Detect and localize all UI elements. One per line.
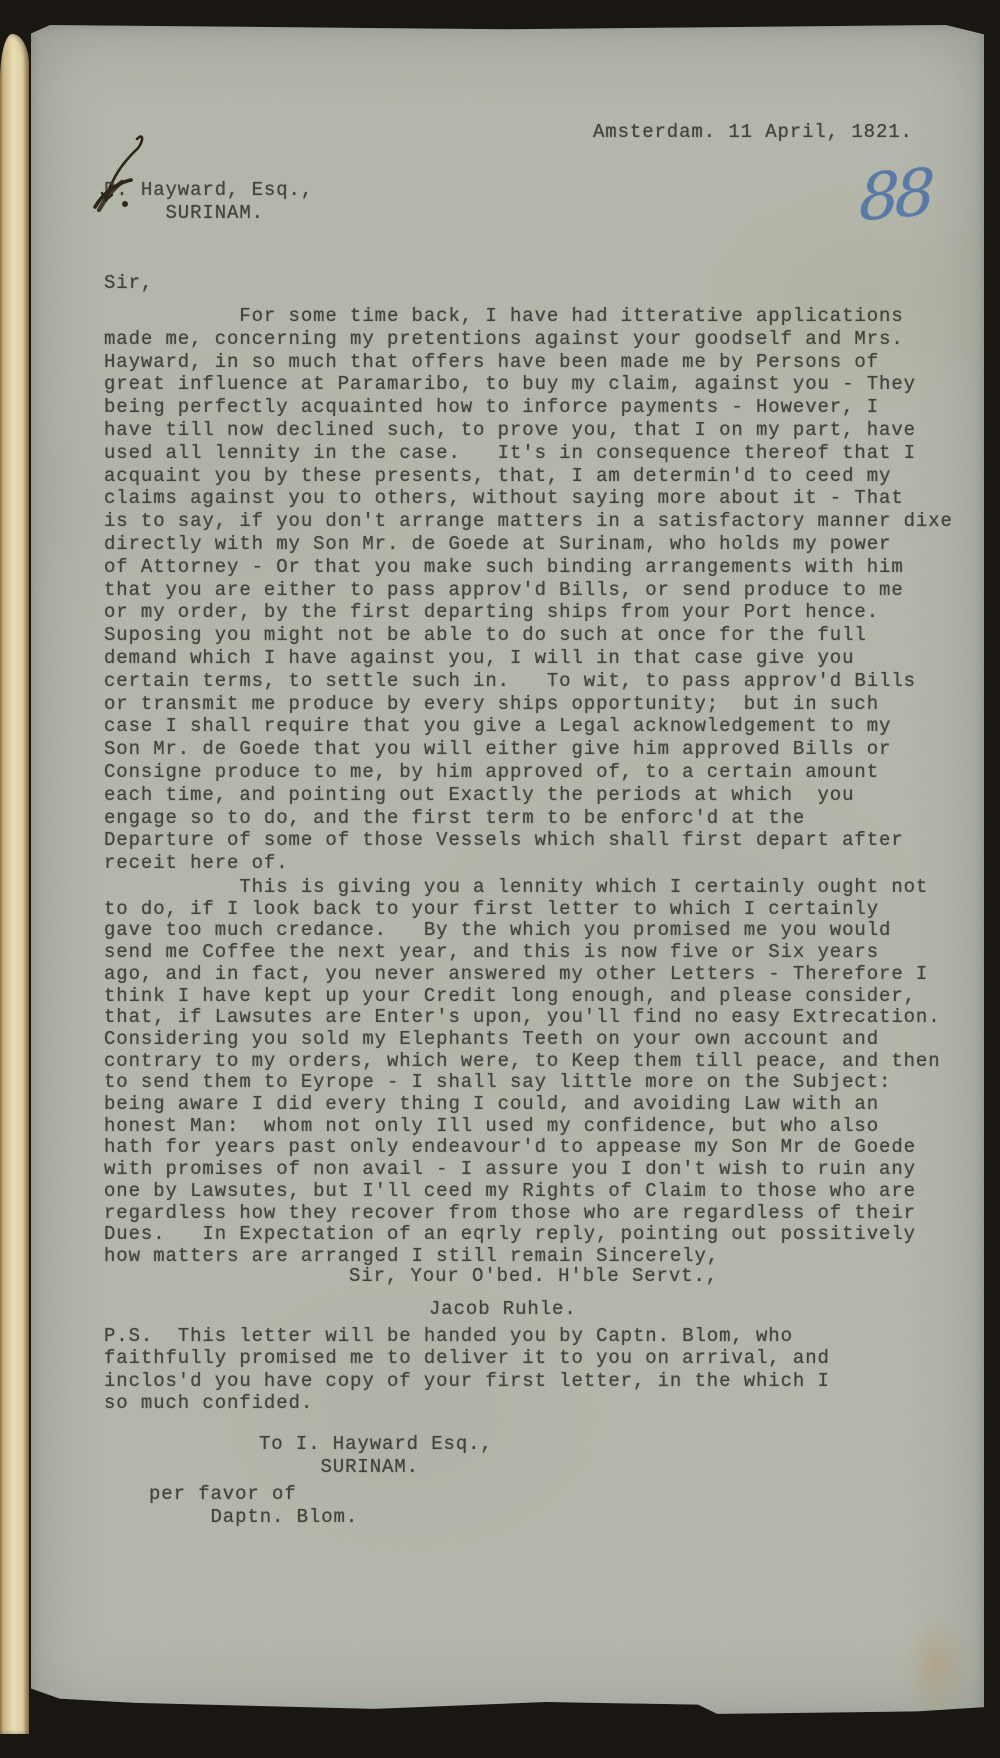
- body-paragraph-1: For some time back, I have had itterativ…: [104, 305, 953, 875]
- postscript: P.S. This letter will be handed you by C…: [104, 1325, 830, 1415]
- book-fore-edge: [0, 34, 29, 1734]
- handwritten-folio-number: 88: [858, 156, 930, 237]
- closing-servant-line: Sir, Your O'bed. H'ble Servt.,: [349, 1265, 718, 1287]
- salutation: Sir,: [104, 272, 153, 294]
- carrier-block: per favor of Daptn. Blom.: [149, 1483, 358, 1529]
- paper-stain: [905, 1617, 967, 1715]
- letter-page: Amsterdam. 11 April, 1821. 88 P. Hayward…: [31, 25, 984, 1719]
- ink-scribble-over-initial: [89, 173, 137, 215]
- dateline: Amsterdam. 11 April, 1821.: [593, 121, 913, 143]
- body-paragraph-2: This is giving you a lennity which I cer…: [104, 877, 941, 1268]
- signature: Jacob Ruhle.: [429, 1298, 577, 1320]
- photo-background: Amsterdam. 11 April, 1821. 88 P. Hayward…: [0, 0, 1000, 1758]
- outer-address-block: To I. Hayward Esq., SURINAM.: [259, 1433, 493, 1479]
